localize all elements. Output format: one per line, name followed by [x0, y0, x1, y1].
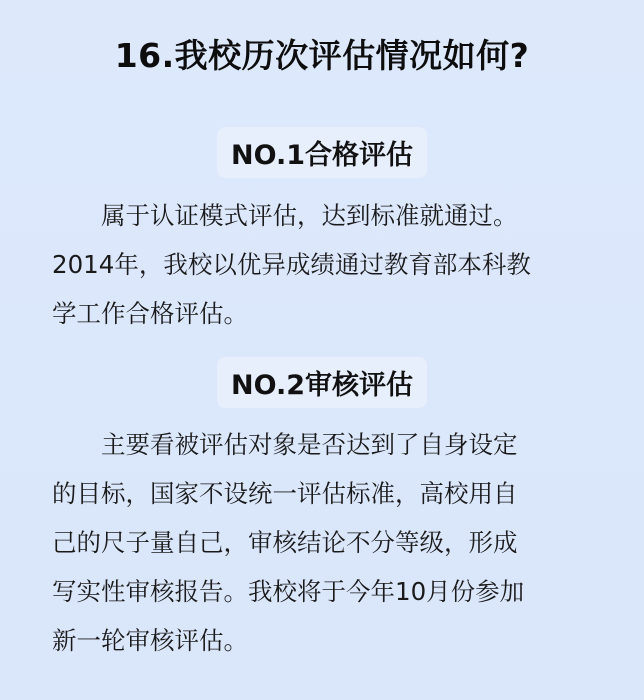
section-body-audit-assessment: 主要看被评估对象是否达到了自身设定 的目标，国家不设统一评估标准，高校用自 己的… — [52, 420, 600, 665]
section-body-qualification-assessment: 属于认证模式评估，达到标准就通过。 2014年，我校以优异成绩通过教育部本科教 … — [52, 191, 600, 338]
paragraph-line: 写实性审核报告。我校将于今年10月份参加 — [52, 567, 600, 616]
paragraph-line: 属于认证模式评估，达到标准就通过。 — [52, 191, 600, 240]
paragraph-line: 学工作合格评估。 — [52, 289, 600, 338]
paragraph-line: 主要看被评估对象是否达到了自身设定 — [52, 420, 600, 469]
section-heading-qualification-assessment: NO.1合格评估 — [217, 127, 427, 178]
paragraph-line: 己的尺子量自己，审核结论不分等级，形成 — [52, 518, 600, 567]
paragraph-line: 新一轮审核评估。 — [52, 616, 600, 665]
paragraph-line: 2014年，我校以优异成绩通过教育部本科教 — [52, 240, 600, 289]
page-title: 16.我校历次评估情况如何? — [0, 30, 644, 77]
paragraph-line: 的目标，国家不设统一评估标准，高校用自 — [52, 469, 600, 518]
section-heading-audit-assessment: NO.2审核评估 — [217, 357, 427, 408]
